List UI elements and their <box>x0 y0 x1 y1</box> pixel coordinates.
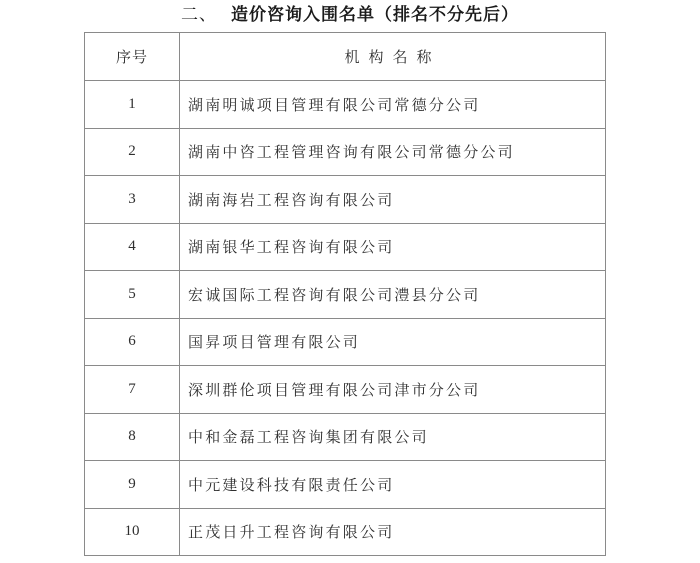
table-row: 7 深圳群伦项目管理有限公司津市分公司 <box>85 366 606 414</box>
row-org-name: 正茂日升工程咨询有限公司 <box>180 508 606 556</box>
section-title: 二、造价咨询入围名单（排名不分先后） <box>0 4 700 26</box>
row-org-name: 宏诚国际工程咨询有限公司澧县分公司 <box>180 271 606 319</box>
table-row: 3 湖南海岩工程咨询有限公司 <box>85 176 606 224</box>
row-index: 1 <box>85 81 180 129</box>
row-org-name: 湖南明诚项目管理有限公司常德分公司 <box>180 81 606 129</box>
table-row: 9 中元建设科技有限责任公司 <box>85 461 606 509</box>
row-index: 3 <box>85 176 180 224</box>
column-header-index: 序号 <box>85 33 180 81</box>
row-org-name: 湖南海岩工程咨询有限公司 <box>180 176 606 224</box>
table-row: 2 湖南中咨工程管理咨询有限公司常德分公司 <box>85 128 606 176</box>
table-row: 8 中和金磊工程咨询集团有限公司 <box>85 413 606 461</box>
row-index: 5 <box>85 271 180 319</box>
table-header-row: 序号 机构名称 <box>85 33 606 81</box>
table-row: 1 湖南明诚项目管理有限公司常德分公司 <box>85 81 606 129</box>
row-index: 9 <box>85 461 180 509</box>
table-row: 6 国昇项目管理有限公司 <box>85 318 606 366</box>
shortlist-table: 序号 机构名称 1 湖南明诚项目管理有限公司常德分公司 2 湖南中咨工程管理咨询… <box>84 32 606 556</box>
row-index: 10 <box>85 508 180 556</box>
row-index: 7 <box>85 366 180 414</box>
row-index: 8 <box>85 413 180 461</box>
column-header-name: 机构名称 <box>180 33 606 81</box>
section-number: 二、 <box>181 5 217 25</box>
table-row: 5 宏诚国际工程咨询有限公司澧县分公司 <box>85 271 606 319</box>
table-row: 4 湖南银华工程咨询有限公司 <box>85 223 606 271</box>
row-org-name: 湖南银华工程咨询有限公司 <box>180 223 606 271</box>
row-index: 6 <box>85 318 180 366</box>
row-org-name: 湖南中咨工程管理咨询有限公司常德分公司 <box>180 128 606 176</box>
table-row: 10 正茂日升工程咨询有限公司 <box>85 508 606 556</box>
row-index: 4 <box>85 223 180 271</box>
row-index: 2 <box>85 128 180 176</box>
row-org-name: 中元建设科技有限责任公司 <box>180 461 606 509</box>
row-org-name: 深圳群伦项目管理有限公司津市分公司 <box>180 366 606 414</box>
row-org-name: 中和金磊工程咨询集团有限公司 <box>180 413 606 461</box>
row-org-name: 国昇项目管理有限公司 <box>180 318 606 366</box>
section-title-text: 造价咨询入围名单（排名不分先后） <box>231 5 519 25</box>
